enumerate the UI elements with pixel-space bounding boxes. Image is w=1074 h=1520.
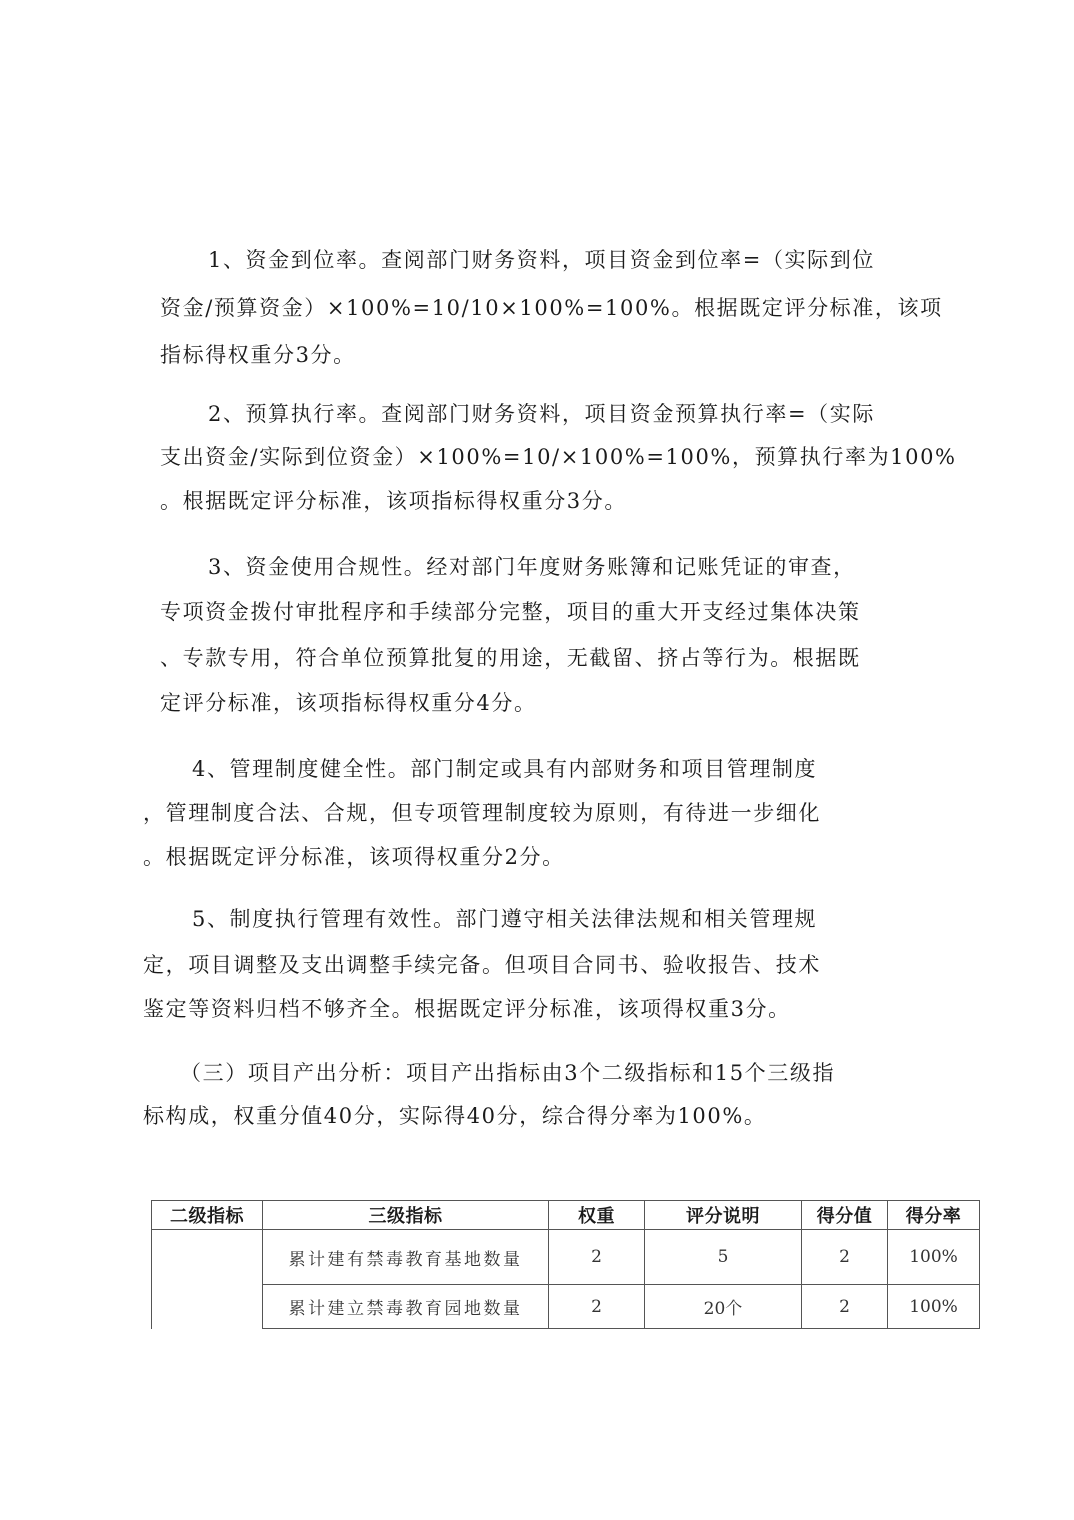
- level2-indicator-cell: [152, 1285, 263, 1329]
- p5-line-3: 鉴定等资料归档不够齐全。根据既定评分标准，该项得权重3分。: [143, 995, 791, 1023]
- header-weight: 权重: [549, 1201, 645, 1230]
- p4-line-1: 4、管理制度健全性。部门制定或具有内部财务和项目管理制度: [192, 755, 817, 783]
- p2-line-1: 2、预算执行率。查阅部门财务资料，项目资金预算执行率=（实际: [208, 400, 875, 428]
- header-score-rate: 得分率: [888, 1201, 980, 1230]
- p5-line-2: 定，项目调整及支出调整手续完备。但项目合同书、验收报告、技术: [143, 951, 821, 979]
- p4-line-3: 。根据既定评分标准，该项得权重分2分。: [143, 843, 565, 871]
- p6-line-2: 标构成，权重分值40分，实际得40分，综合得分率为100%。: [143, 1102, 766, 1130]
- weight-cell: 2: [549, 1230, 645, 1285]
- p1-line-1: 1、资金到位率。查阅部门财务资料，项目资金到位率=（实际到位: [208, 246, 875, 274]
- header-level2-indicator: 二级指标: [152, 1201, 263, 1230]
- p1-line-2: 资金/预算资金）×100%=10/10×100%=100%。根据既定评分标准，该…: [160, 294, 943, 322]
- p4-line-2: ，管理制度合法、合规，但专项管理制度较为原则，有待进一步细化: [143, 799, 821, 827]
- weight-cell: 2: [549, 1285, 645, 1329]
- level3-indicator-cell: 累计建有禁毒教育基地数量: [263, 1230, 549, 1285]
- p3-line-2: 专项资金拨付审批程序和手续部分完整，项目的重大开支经过集体决策: [160, 598, 861, 626]
- score-rate-cell: 100%: [888, 1230, 980, 1285]
- p2-line-3: 。根据既定评分标准，该项指标得权重分3分。: [160, 487, 627, 515]
- p3-line-4: 定评分标准，该项指标得权重分4分。: [160, 689, 537, 717]
- score-cell: 2: [802, 1285, 888, 1329]
- p3-line-3: 、专款专用，符合单位预算批复的用途，无截留、挤占等行为。根据既: [160, 644, 861, 672]
- level2-indicator-cell: [152, 1230, 263, 1285]
- p1-line-3: 指标得权重分3分。: [160, 341, 356, 369]
- score-rate-cell: 100%: [888, 1285, 980, 1329]
- level3-indicator-cell: 累计建立禁毒教育园地数量: [263, 1285, 549, 1329]
- scoring-note-cell: 20个: [645, 1285, 802, 1329]
- table-row: 累计建有禁毒教育基地数量 2 5 2 100%: [152, 1230, 980, 1285]
- header-score: 得分值: [802, 1201, 888, 1230]
- p6-line-1: （三）项目产出分析：项目产出指标由3个二级指标和15个三级指: [180, 1059, 835, 1087]
- p5-line-1: 5、制度执行管理有效性。部门遵守相关法律法规和相关管理规: [192, 905, 817, 933]
- table-header-row: 二级指标 三级指标 权重 评分说明 得分值 得分率: [152, 1201, 980, 1230]
- header-scoring-note: 评分说明: [645, 1201, 802, 1230]
- p3-line-1: 3、资金使用合规性。经对部门年度财务账簿和记账凭证的审查，: [208, 553, 856, 581]
- p2-line-2: 支出资金/实际到位资金）×100%=10/×100%=100%，预算执行率为10…: [160, 443, 957, 471]
- header-level3-indicator: 三级指标: [263, 1201, 549, 1230]
- output-indicator-table: 二级指标 三级指标 权重 评分说明 得分值 得分率 累计建有禁毒教育基地数量 2…: [151, 1200, 980, 1329]
- scoring-note-cell: 5: [645, 1230, 802, 1285]
- score-cell: 2: [802, 1230, 888, 1285]
- table-row: 累计建立禁毒教育园地数量 2 20个 2 100%: [152, 1285, 980, 1329]
